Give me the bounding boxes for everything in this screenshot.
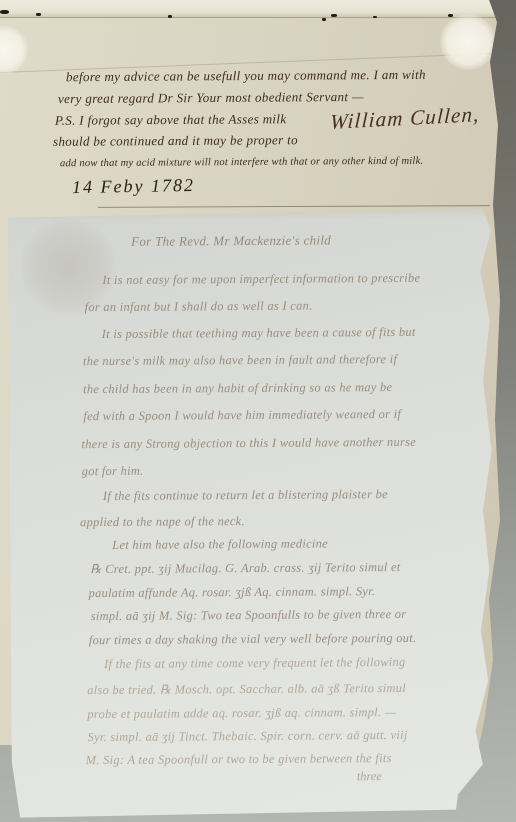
letter-line: for an infant but I shall do as well as … bbox=[85, 299, 313, 316]
letter-line: It is not easy for me upon imperfect inf… bbox=[102, 271, 420, 288]
ink-speck bbox=[0, 10, 9, 14]
manuscript-scan: before my advice can be usefull you may … bbox=[0, 0, 516, 822]
fragment-line: P.S. I forgot say above that the Asses m… bbox=[55, 111, 287, 129]
ink-speck bbox=[322, 18, 326, 21]
seal-spot bbox=[0, 26, 28, 74]
date-line: 14 Feby 1782 bbox=[72, 175, 195, 198]
fold-line bbox=[0, 0, 502, 18]
prescription-line-faint: probe et paulatim adde aq. rosar. ʒjß aq… bbox=[87, 705, 396, 722]
catchword: three bbox=[357, 769, 382, 784]
letter-line-faint: If the fits at any time come very freque… bbox=[104, 655, 406, 672]
letter-line: got for him. bbox=[82, 464, 144, 479]
letter-line: the child has been in any habit of drink… bbox=[83, 380, 392, 397]
prescription-line: paulatim affunde Aq. rosar. ʒjß Aq. cinn… bbox=[89, 584, 376, 601]
ink-speck bbox=[373, 16, 377, 18]
prescription-line-faint: also be tried. ℞ Mosch. opt. Sacchar. al… bbox=[87, 680, 406, 698]
letter-line: applied to the nape of the neck. bbox=[80, 514, 245, 530]
letter-line: the nurse's milk may also have been in f… bbox=[83, 352, 397, 369]
letter-line: If the fits continue to return let a bli… bbox=[103, 487, 388, 504]
seal-spot bbox=[440, 14, 496, 70]
letter-line: Let him have also the following medicine bbox=[112, 536, 328, 553]
letter-line: fed with a Spoon I would have him immedi… bbox=[83, 407, 401, 424]
fragment-line: should be continued and it may be proper… bbox=[53, 132, 298, 150]
fragment-line: before my advice can be usefull you may … bbox=[66, 67, 426, 86]
ink-speck bbox=[36, 13, 41, 16]
letter-heading: For The Revd. Mr Mackenzie's child bbox=[131, 232, 331, 249]
prescription-line: four times a day shaking the vial very w… bbox=[89, 631, 417, 648]
letter-line: It is possible that teething may have be… bbox=[102, 325, 416, 342]
fragment-line: very great regard Dr Sir Your most obedi… bbox=[58, 89, 364, 107]
ink-speck bbox=[168, 15, 172, 18]
prescription-line: simpl. aā ʒij M. Sig: Two tea Spoonfulls… bbox=[91, 607, 407, 624]
letter-line: there is any Strong objection to this I … bbox=[81, 435, 416, 452]
overlay-letter-paper: For The Revd. Mr Mackenzie's child It is… bbox=[2, 208, 500, 817]
prescription-line: ℞ Cret. ppt. ʒij Mucilag. G. Arab. crass… bbox=[90, 559, 400, 577]
prescription-line-faint: M. Sig: A tea Spoonfull or two to be giv… bbox=[86, 751, 392, 768]
ink-speck bbox=[448, 14, 453, 17]
ink-speck bbox=[331, 14, 337, 17]
prescription-line-faint: Syr. simpl. aā ʒij Tinct. Thebaic. Spir.… bbox=[88, 728, 408, 745]
